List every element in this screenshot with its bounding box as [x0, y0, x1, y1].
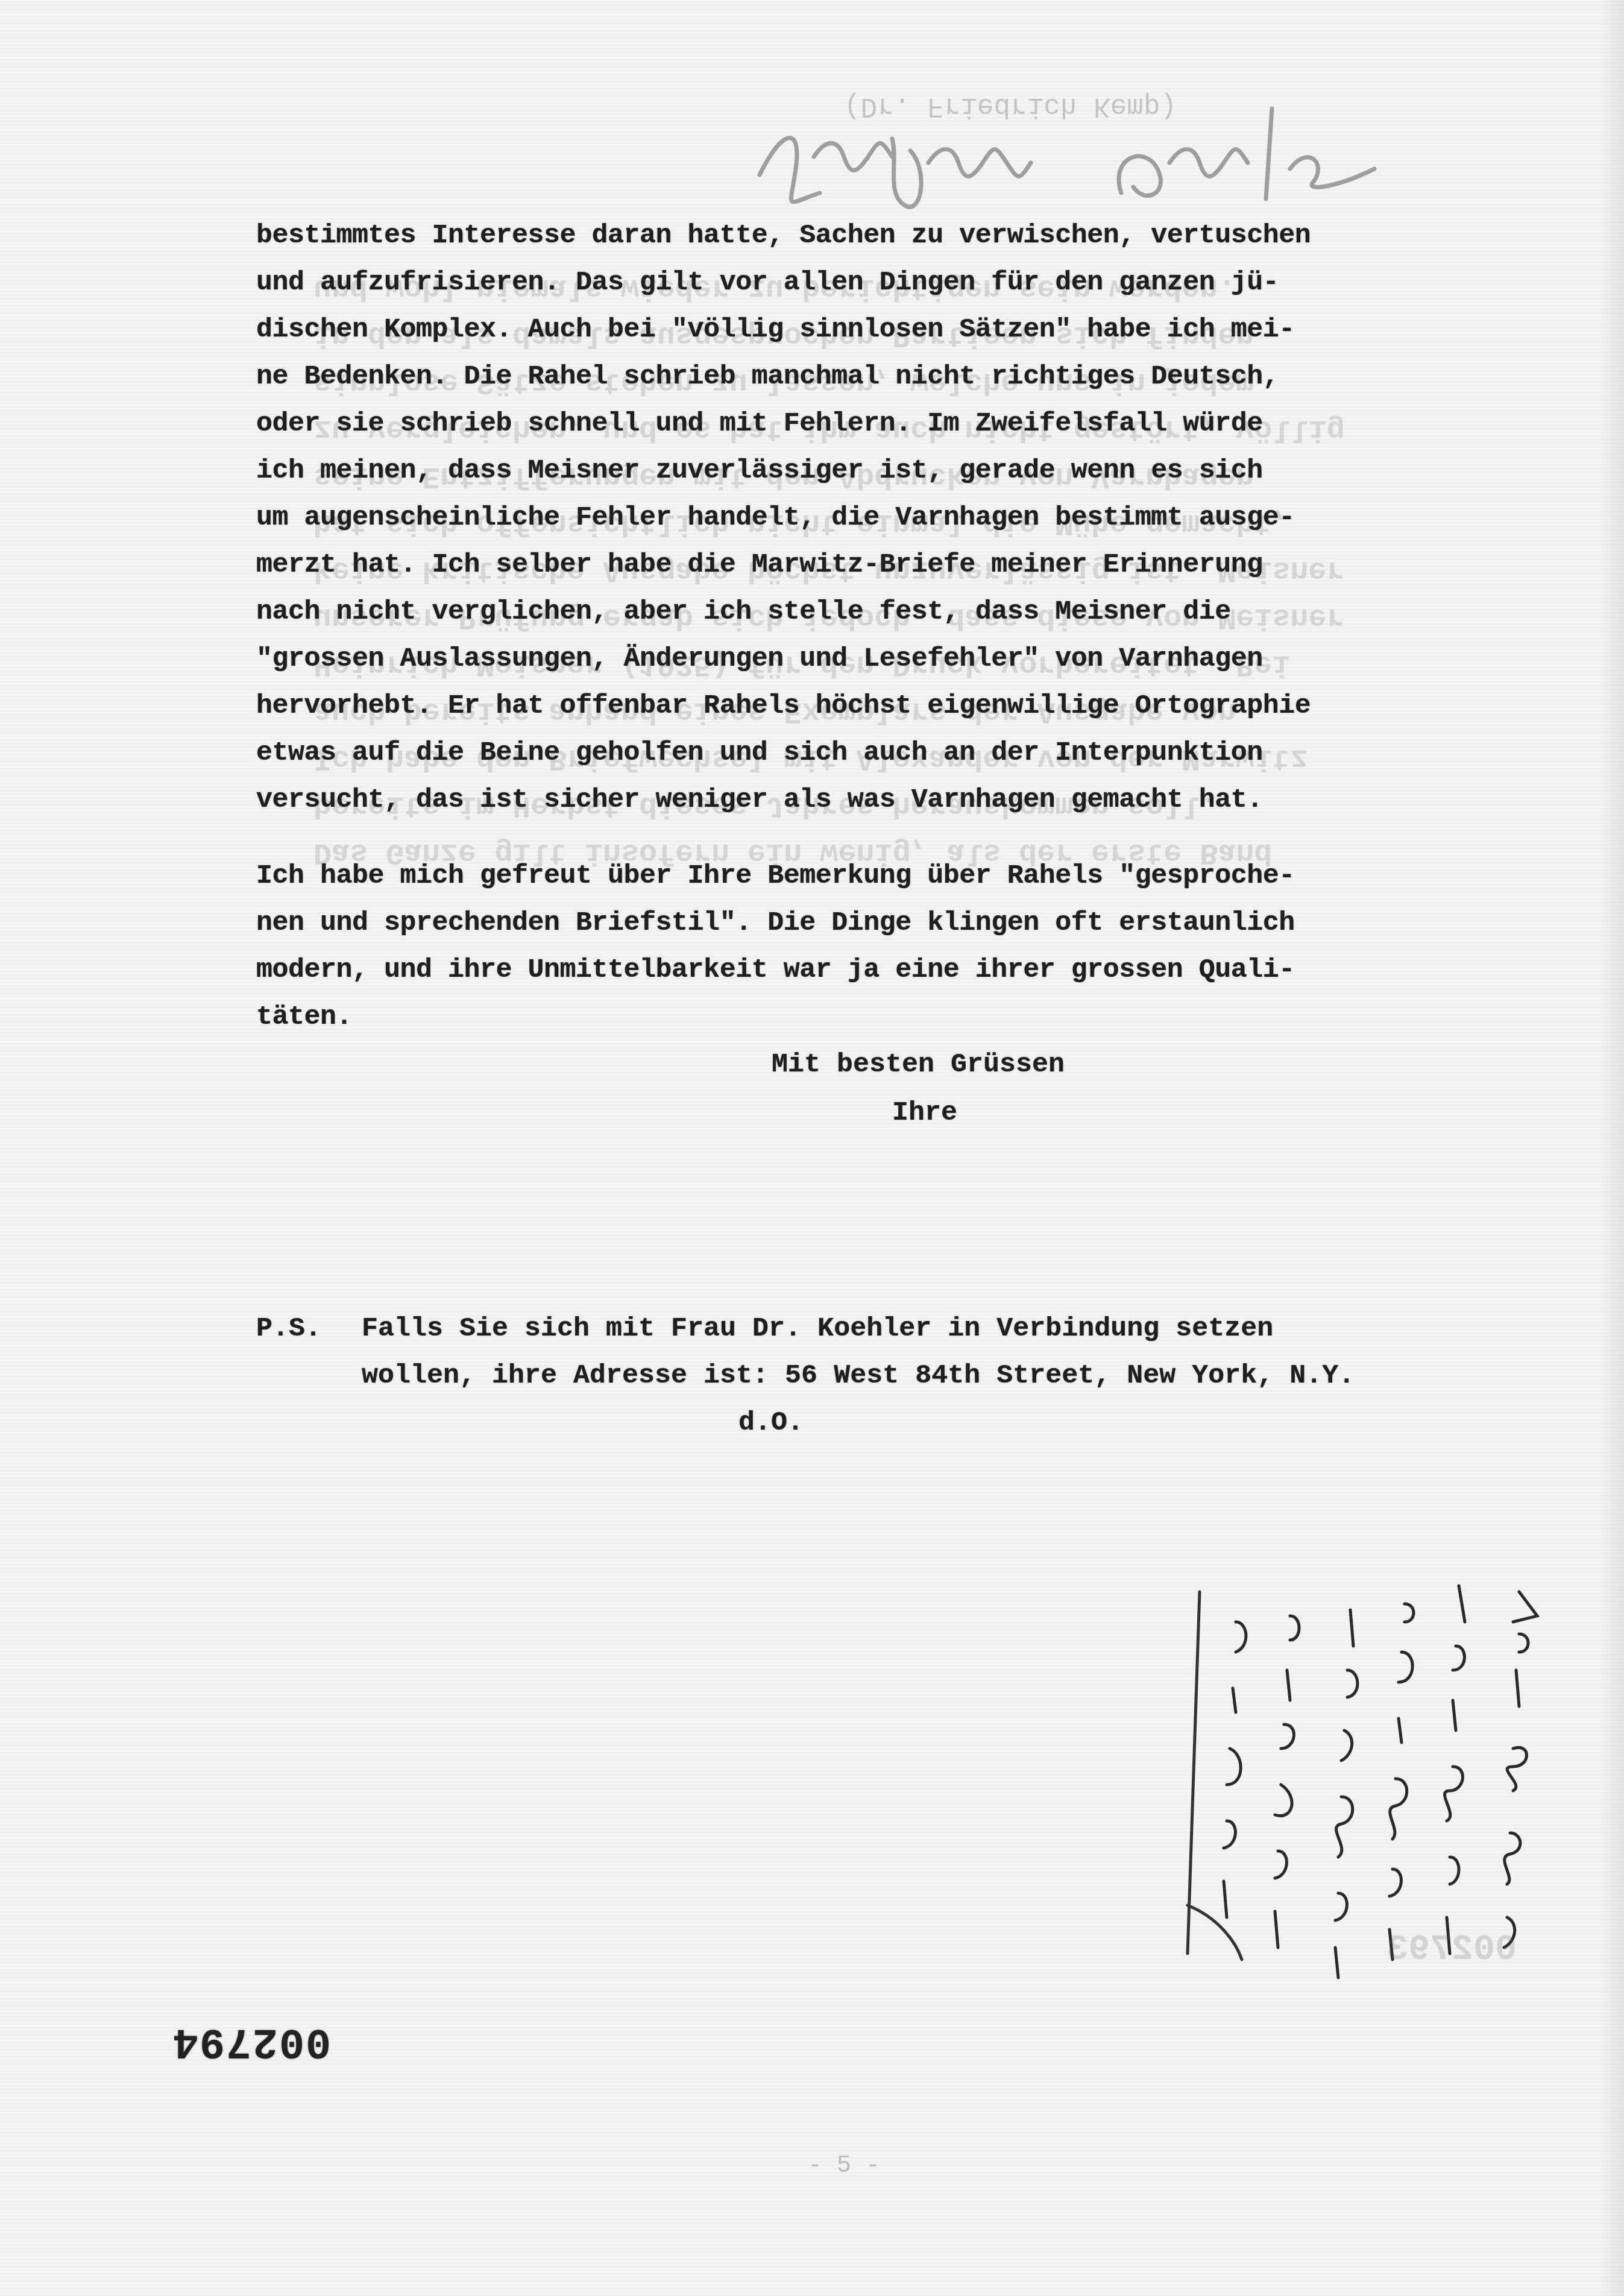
- text-line: Ich habe mich gefreut über Ihre Bemerkun…: [256, 853, 1432, 900]
- closing-greeting: Mit besten Grüssen: [772, 1049, 1065, 1080]
- text-line: "grossen Auslassungen, Änderungen und Le…: [256, 635, 1432, 683]
- signature-scribble-icon: [747, 102, 1423, 211]
- text-line: ne Bedenken. Die Rahel schrieb manchmal …: [256, 353, 1432, 400]
- text-line: etwas auf die Beine geholfen und sich au…: [256, 730, 1432, 777]
- paragraph-1: bestimmtes Interesse daran hatte, Sachen…: [256, 212, 1432, 824]
- page-edge-shadow: [1600, 0, 1624, 2296]
- handwritten-note-icon: [1182, 1568, 1604, 1990]
- paragraph-gap: [256, 824, 1432, 853]
- text-line: merzt hat. Ich selber habe die Marwitz-B…: [256, 541, 1432, 588]
- postscript-row: d.O.: [256, 1399, 1432, 1446]
- postscript-label: P.S.: [256, 1305, 362, 1352]
- closing-signoff: Ihre: [892, 1097, 957, 1128]
- postscript-line: Falls Sie sich mit Frau Dr. Koehler in V…: [362, 1305, 1273, 1352]
- text-line: versucht, das ist sicher weniger als was…: [256, 777, 1432, 824]
- postscript-line: wollen, ihre Adresse ist: 56 West 84th S…: [362, 1352, 1355, 1399]
- text-line: bestimmtes Interesse daran hatte, Sachen…: [256, 212, 1432, 259]
- text-line: dischen Komplex. Auch bei "völlig sinnlo…: [256, 306, 1432, 353]
- text-line: hervorhebt. Er hat offenbar Rahels höchs…: [256, 683, 1432, 730]
- text-line: nach nicht verglichen, aber ich stelle f…: [256, 588, 1432, 635]
- postscript-row: wollen, ihre Adresse ist: 56 West 84th S…: [256, 1352, 1432, 1399]
- text-line: nen und sprechenden Briefstil". Die Ding…: [256, 900, 1432, 947]
- archive-stamp: 002794: [172, 2017, 331, 2064]
- text-line: täten.: [256, 994, 1432, 1041]
- text-line: modern, und ihre Unmittelbarkeit war ja …: [256, 947, 1432, 994]
- postscript-initials: d.O.: [738, 1399, 804, 1446]
- postscript: P.S. Falls Sie sich mit Frau Dr. Koehler…: [256, 1305, 1432, 1446]
- text-line: um augenscheinliche Fehler handelt, die …: [256, 494, 1432, 541]
- text-line: ich meinen, dass Meisner zuverlässiger i…: [256, 447, 1432, 494]
- paragraph-2: Ich habe mich gefreut über Ihre Bemerkun…: [256, 853, 1432, 1041]
- stamp-showthrough: 002793: [1386, 1929, 1517, 1970]
- text-line: oder sie schrieb schnell und mit Fehlern…: [256, 400, 1432, 447]
- text-line: und aufzufrisieren. Das gilt vor allen D…: [256, 259, 1432, 306]
- letter-page: Das Ganze gilt insofern ein wenig, als d…: [0, 0, 1624, 2296]
- letter-body: bestimmtes Interesse daran hatte, Sachen…: [256, 212, 1432, 1041]
- page-number: - 5 -: [808, 2152, 880, 2180]
- postscript-row: P.S. Falls Sie sich mit Frau Dr. Koehler…: [256, 1305, 1432, 1352]
